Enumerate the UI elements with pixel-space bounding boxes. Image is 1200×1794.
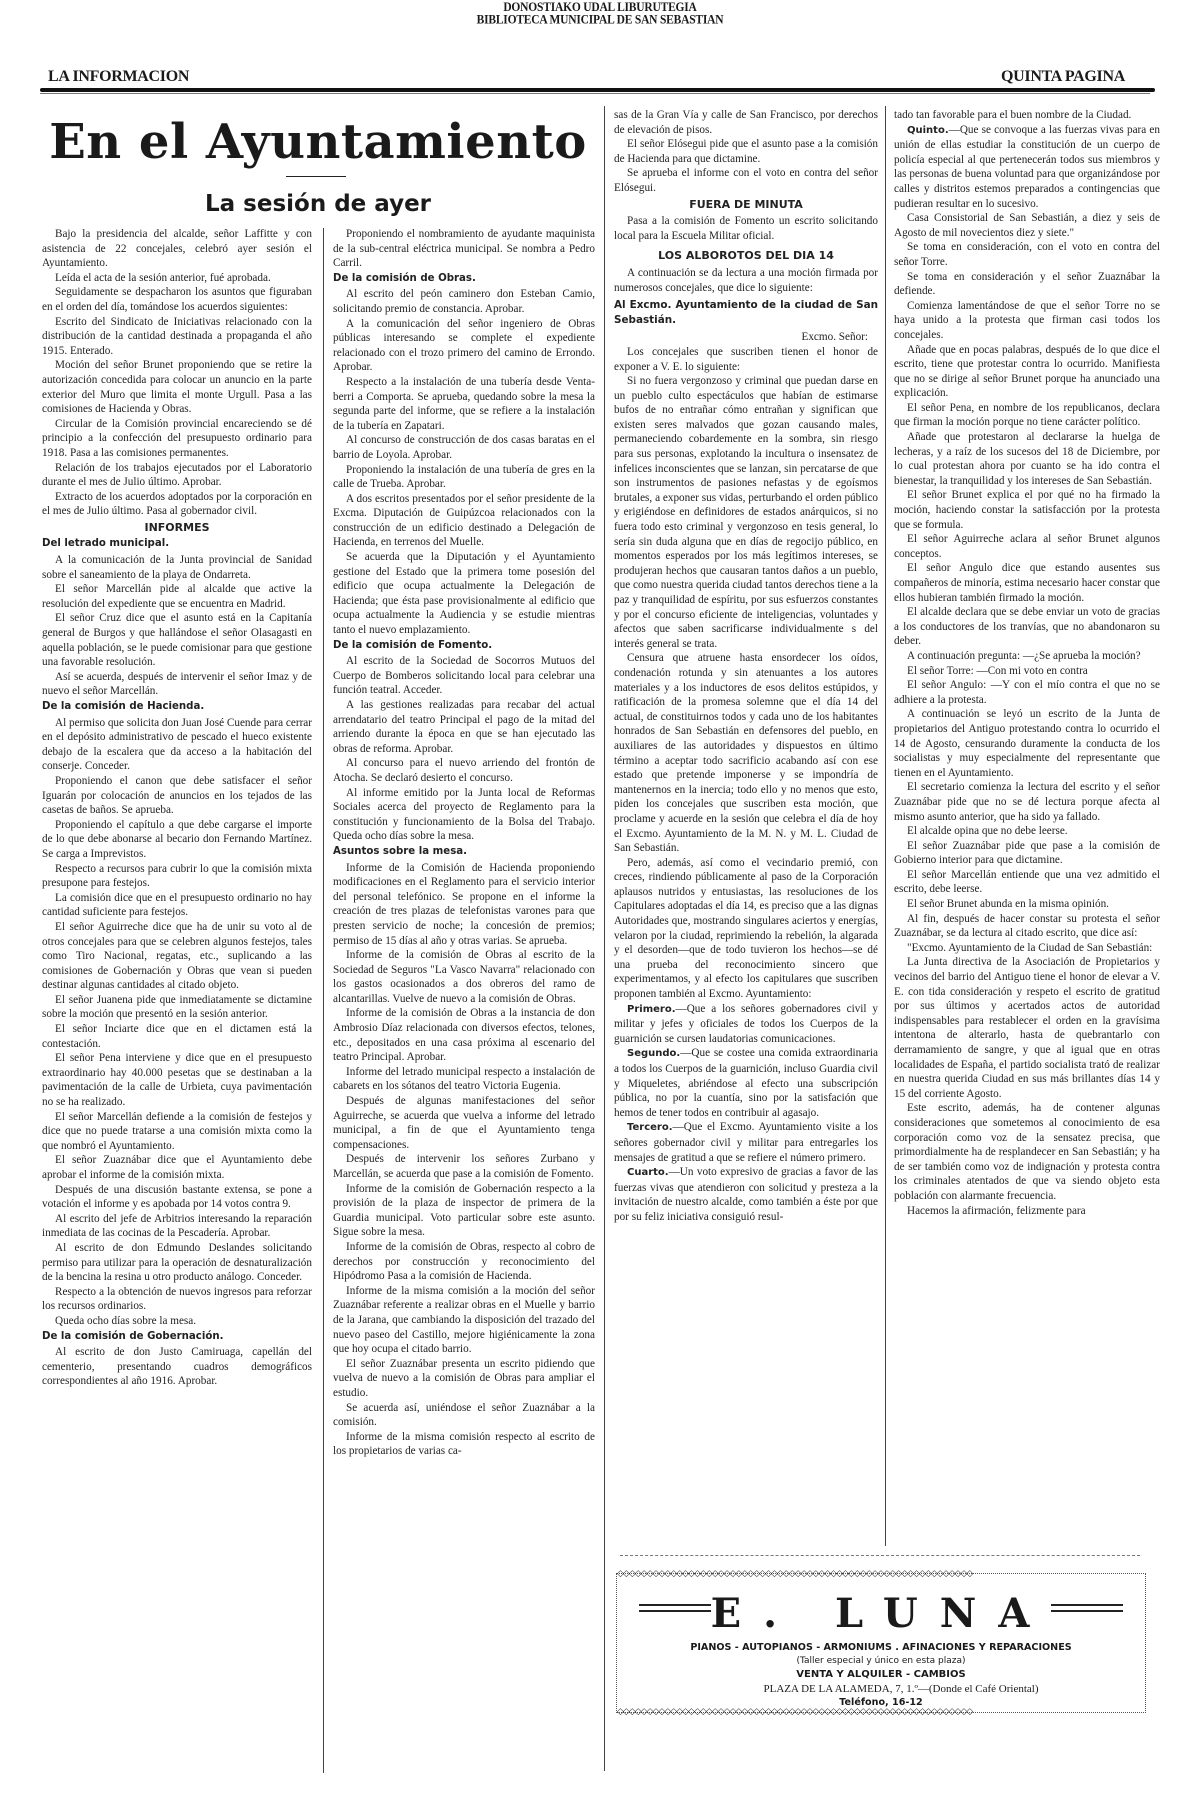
point-label: Tercero. — [627, 1122, 673, 1133]
paragraph: La Junta directiva de la Asociación de P… — [894, 955, 1160, 1101]
paragraph: El señor Inciarte dice que en el dictame… — [42, 1022, 312, 1051]
paragraph: El señor Marcellán entiende que una vez … — [894, 868, 1160, 897]
column-divider-3 — [885, 106, 886, 1546]
paragraph: Moción del señor Brunet proponiendo que … — [42, 358, 312, 416]
paragraph: Al escrito de la Sociedad de Socorros Mu… — [333, 654, 595, 698]
address-heading: Al Excmo. Ayuntamiento de la ciudad de S… — [614, 298, 878, 327]
diamond-border-icon: ◇◇◇◇◇◇◇◇◇◇◇◇◇◇◇◇◇◇◇◇◇◇◇◇◇◇◇◇◇◇◇◇◇◇◇◇◇◇◇◇… — [617, 1707, 1145, 1717]
column-4: tado tan favorable para el buen nombre d… — [894, 108, 1160, 1218]
section-heading-letrado: Del letrado municipal. — [42, 537, 312, 552]
paragraph: Al informe emitido por la Junta local de… — [333, 786, 595, 844]
paragraph: Así se acuerda, después de intervenir el… — [42, 670, 312, 699]
paragraph: Informe de la comisión de Obras al escri… — [333, 948, 595, 1006]
section-heading-obras: De la comisión de Obras. — [333, 272, 595, 287]
paragraph: Añade que en pocas palabras, después de … — [894, 343, 1160, 401]
paragraph: El señor Juanena pide que inmediatamente… — [42, 993, 312, 1022]
section-heading-gobernacion: De la comisión de Gobernación. — [42, 1330, 312, 1345]
ad-address: PLAZA DE LA ALAMEDA, 7, 1.º—(Donde el Ca… — [617, 1683, 1145, 1695]
point-primero: Primero.—Que a los señores gobernadores … — [614, 1002, 878, 1047]
point-label: Primero. — [627, 1004, 676, 1015]
section-heading-fuera-minuta: FUERA DE MINUTA — [614, 198, 878, 213]
newspaper-name: LA INFORMACION — [48, 68, 189, 86]
paragraph: El señor Marcellán defiende a la comisió… — [42, 1110, 312, 1154]
paragraph: A dos escritos presentados por el señor … — [333, 492, 595, 550]
paragraph: A la comunicación del señor ingeniero de… — [333, 317, 595, 375]
paragraph: Se aprueba el informe con el voto en con… — [614, 166, 878, 195]
column-divider-2 — [604, 106, 605, 1771]
point-segundo: Segundo.—Que se costee una comida extrao… — [614, 1046, 878, 1120]
paragraph: Proponiendo el nombramiento de ayudante … — [333, 227, 595, 271]
paragraph: La comisión dice que en el presupuesto o… — [42, 891, 312, 920]
paragraph: Informe del letrado municipal respecto a… — [333, 1065, 595, 1094]
paragraph: Si no fuera vergonzoso y criminal que pu… — [614, 374, 878, 651]
paragraph: Queda ocho días sobre la mesa. — [42, 1314, 312, 1329]
paragraph: Informe de la misma comisión a la moción… — [333, 1284, 595, 1357]
paragraph: tado tan favorable para el buen nombre d… — [894, 108, 1160, 123]
paragraph: El señor Aguirreche aclara al señor Brun… — [894, 532, 1160, 561]
paragraph: Pasa a la comisión de Fomento un escrito… — [614, 214, 878, 243]
headline-divider — [286, 176, 346, 177]
paragraph: Se toma en consideración, con el voto en… — [894, 240, 1160, 269]
paragraph: Escrito del Sindicato de Iniciativas rel… — [42, 315, 312, 359]
paragraph: Seguidamente se despacharon los asuntos … — [42, 285, 312, 314]
diamond-border-icon: ◇◇◇◇◇◇◇◇◇◇◇◇◇◇◇◇◇◇◇◇◇◇◇◇◇◇◇◇◇◇◇◇◇◇◇◇◇◇◇◇… — [617, 1569, 1145, 1579]
library-name-basque: DONOSTIAKO UDAL LIBURUTEGIA — [0, 1, 1200, 14]
paragraph: Los concejales que suscriben tienen el h… — [614, 345, 878, 374]
paragraph: A la comunicación de la Junta provincial… — [42, 553, 312, 582]
point-cuarto: Cuarto.—Un voto expresivo de gracias a f… — [614, 1165, 878, 1224]
paragraph: Informe de la comisión de Obras a la ins… — [333, 1006, 595, 1064]
paragraph: Al escrito de don Edmundo Deslandes soli… — [42, 1241, 312, 1285]
paragraph: sas de la Gran Vía y calle de San Franci… — [614, 108, 878, 137]
paragraph: Pero, además, así como el vecindario pre… — [614, 856, 878, 1002]
paragraph: Censura que atruene hasta ensordecer los… — [614, 651, 878, 855]
paragraph: El señor Zuaznábar pide que pase a la co… — [894, 839, 1160, 868]
section-heading-alborotos: LOS ALBOROTOS DEL DIA 14 — [614, 249, 878, 264]
paragraph: Después de una discusión bastante extens… — [42, 1183, 312, 1212]
section-heading-hacienda: De la comisión de Hacienda. — [42, 700, 312, 715]
paragraph: Relación de los trabajos ejecutados por … — [42, 461, 312, 490]
paragraph: El señor Angulo: —Y con el mío contra el… — [894, 678, 1160, 707]
paragraph: A continuación pregunta: —¿Se aprueba la… — [894, 649, 1160, 664]
ad-workshop-note: (Taller especial y único en esta plaza) — [617, 1656, 1145, 1666]
ad-brand: E. LUNA — [617, 1592, 1145, 1636]
paragraph: Al concurso para el nuevo arriendo del f… — [333, 756, 595, 785]
page-label: QUINTA PAGINA — [1001, 68, 1125, 86]
paragraph: El señor Marcellán pide al alcalde que a… — [42, 582, 312, 611]
point-label: Quinto. — [907, 125, 949, 136]
paragraph: A continuación se da lectura a una moció… — [614, 266, 878, 295]
section-heading-mesa: Asuntos sobre la mesa. — [333, 845, 595, 860]
paragraph: Al escrito del jefe de Arbitrios interes… — [42, 1212, 312, 1241]
paragraph: Añade que protestaron al declararse la h… — [894, 430, 1160, 488]
paragraph: Respecto a la obtención de nuevos ingres… — [42, 1285, 312, 1314]
article-subheadline: La sesión de ayer — [40, 189, 596, 219]
section-heading-informes: INFORMES — [42, 521, 312, 536]
library-name-spanish: BIBLIOTECA MUNICIPAL DE SAN SEBASTIAN — [0, 14, 1200, 27]
paragraph: "Excmo. Ayuntamiento de la Ciudad de San… — [894, 941, 1160, 956]
salutation: Excmo. Señor: — [614, 330, 878, 345]
column-2: Proponiendo el nombramiento de ayudante … — [333, 227, 595, 1459]
paragraph: El señor Brunet explica el por qué no ha… — [894, 488, 1160, 532]
paragraph: Al concurso de construcción de dos casas… — [333, 433, 595, 462]
paragraph: El señor Angulo dice que estando ausente… — [894, 561, 1160, 605]
paragraph: El señor Brunet abunda en la misma opini… — [894, 897, 1160, 912]
paragraph: Comienza lamentándose de que el señor To… — [894, 299, 1160, 343]
point-label: Cuarto. — [627, 1167, 669, 1178]
paragraph: El secretario comienza la lectura del es… — [894, 780, 1160, 824]
paragraph: Circular de la Comisión provincial encar… — [42, 417, 312, 461]
paragraph: El señor Torre: —Con mi voto en contra — [894, 664, 1160, 679]
paragraph: El alcalde declara que se debe enviar un… — [894, 605, 1160, 649]
point-text: —Que se convoque a las fuerzas vivas par… — [894, 124, 1160, 210]
paragraph: Se toma en consideración y el señor Zuaz… — [894, 270, 1160, 299]
library-header: DONOSTIAKO UDAL LIBURUTEGIA BIBLIOTECA M… — [0, 1, 1200, 26]
paragraph: Respecto a recursos para cubrir lo que l… — [42, 862, 312, 891]
paragraph: El señor Zuaznábar dice que el Ayuntamie… — [42, 1153, 312, 1182]
masthead-rule — [40, 88, 1155, 92]
advertisement-e-luna: ◇◇◇◇◇◇◇◇◇◇◇◇◇◇◇◇◇◇◇◇◇◇◇◇◇◇◇◇◇◇◇◇◇◇◇◇◇◇◇◇… — [616, 1573, 1146, 1713]
paragraph: Informe de la misma comisión respecto al… — [333, 1430, 595, 1459]
point-tercero: Tercero.—Que el Excmo. Ayuntamiento visi… — [614, 1120, 878, 1165]
masthead-rule-thin — [40, 93, 1150, 94]
paragraph: El señor Cruz dice que el asunto está en… — [42, 611, 312, 669]
paragraph: Bajo la presidencia del alcalde, señor L… — [42, 227, 312, 271]
column-1: Bajo la presidencia del alcalde, señor L… — [42, 227, 312, 1389]
paragraph: Respecto a la instalación de una tubería… — [333, 375, 595, 433]
paragraph: Informe de la Comisión de Hacienda propo… — [333, 861, 595, 949]
ad-services: VENTA Y ALQUILER - CAMBIOS — [617, 1669, 1145, 1680]
paragraph: Se acuerda así, uniéndose el señor Zuazn… — [333, 1401, 595, 1430]
paragraph: Proponiendo el capítulo a que debe carga… — [42, 818, 312, 862]
paragraph: Proponiendo el canon que debe satisfacer… — [42, 774, 312, 818]
column-divider-1 — [323, 228, 324, 1773]
paragraph: Informe de la comisión de Obras, respect… — [333, 1240, 595, 1284]
paragraph: Después de intervenir los señores Zurban… — [333, 1152, 595, 1181]
paragraph: Hacemos la afirmación, felizmente para — [894, 1204, 1160, 1219]
point-quinto: Quinto.—Que se convoque a las fuerzas vi… — [894, 123, 1160, 212]
article-headline: En el Ayuntamiento — [40, 112, 596, 172]
paragraph: Leída el acta de la sesión anterior, fué… — [42, 271, 312, 286]
section-heading-fomento: De la comisión de Fomento. — [333, 639, 595, 654]
paragraph: Después de algunas manifestaciones del s… — [333, 1094, 595, 1152]
point-label: Segundo. — [627, 1048, 680, 1059]
paragraph: Al fin, después de hacer constar su prot… — [894, 912, 1160, 941]
paragraph: El alcalde opina que no debe leerse. — [894, 824, 1160, 839]
ad-separator — [620, 1555, 1140, 1556]
paragraph: Casa Consistorial de San Sebastián, a di… — [894, 211, 1160, 240]
paragraph: Informe de la comisión de Gobernación re… — [333, 1182, 595, 1240]
paragraph: Se acuerda que la Diputación y el Ayunta… — [333, 550, 595, 638]
paragraph: Al escrito del peón caminero don Esteban… — [333, 287, 595, 316]
paragraph: Proponiendo la instalación de una tuberí… — [333, 463, 595, 492]
paragraph: A las gestiones realizadas para recabar … — [333, 698, 595, 756]
paragraph: A continuación se leyó un escrito de la … — [894, 707, 1160, 780]
column-3: sas de la Gran Vía y calle de San Franci… — [614, 108, 878, 1225]
paragraph: Al escrito de don Justo Camiruaga, capel… — [42, 1345, 312, 1389]
ad-products: PIANOS - AUTOPIANOS - ARMONIUMS . AFINAC… — [617, 1642, 1145, 1653]
paragraph: El señor Pena, en nombre de los republic… — [894, 401, 1160, 430]
paragraph: El señor Aguirreche dice que ha de unir … — [42, 920, 312, 993]
paragraph: El señor Elósegui pide que el asunto pas… — [614, 137, 878, 166]
paragraph: El señor Pena interviene y dice que en e… — [42, 1051, 312, 1109]
paragraph: Al permiso que solicita don Juan José Cu… — [42, 716, 312, 774]
paragraph: El señor Zuaznábar presenta un escrito p… — [333, 1357, 595, 1401]
paragraph: Este escrito, además, ha de contener alg… — [894, 1101, 1160, 1203]
paragraph: Extracto de los acuerdos adoptados por l… — [42, 490, 312, 519]
